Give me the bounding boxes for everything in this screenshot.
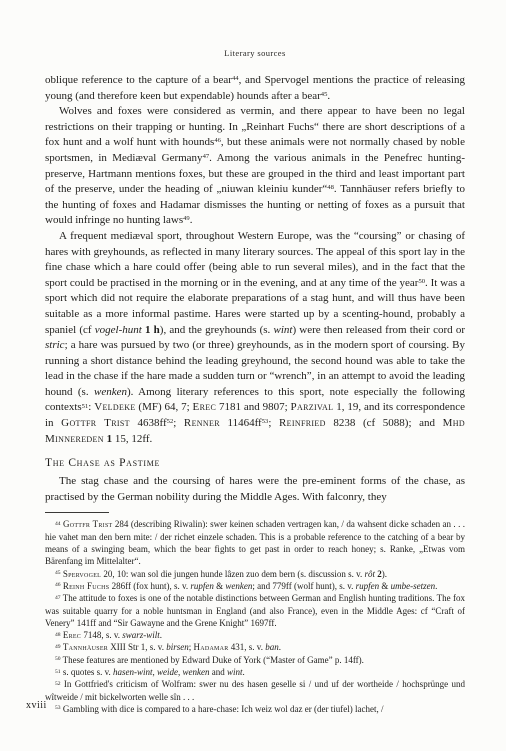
text-segment: 20, 10: wan sol die jungen hunde lâzen z… xyxy=(101,569,364,579)
text-segment: The attitude to foxes is one of the nota… xyxy=(45,593,465,628)
text-segment: Veldeke xyxy=(94,401,135,413)
text-segment: hasen-wint xyxy=(113,667,153,677)
footnote: 47 The attitude to foxes is one of the n… xyxy=(45,592,465,629)
footnote-reference: 44 xyxy=(232,75,239,82)
text-segment: umbe-setzen xyxy=(391,581,436,591)
text-segment: 15, 12ff. xyxy=(112,433,152,445)
text-segment: . xyxy=(279,642,281,652)
paragraph: The stag chase and the coursing of hares… xyxy=(45,474,465,505)
footnote-number: 45 xyxy=(55,570,61,576)
footnote-reference: 48 xyxy=(327,184,334,191)
footnote: 46 Reinh Fuchs 286ff (fox hunt), s. v. r… xyxy=(45,580,465,592)
footnote: 44 Gottfr Trist 284 (describing Riwalin)… xyxy=(45,518,465,567)
text-segment: . xyxy=(435,581,437,591)
footnote-number: 49 xyxy=(55,644,61,650)
footnote-reference: 51 xyxy=(82,403,89,410)
footnote-number: 53 xyxy=(55,705,61,711)
text-segment: . xyxy=(190,214,193,226)
text-segment: XIII Str 1, s. v. xyxy=(108,642,166,652)
text-segment: wenken xyxy=(225,581,252,591)
text-segment: s. quotes s. v. xyxy=(63,667,113,677)
footnote-number: 51 xyxy=(55,669,61,675)
text-segment: 11464ff xyxy=(220,417,262,429)
footnote: 48 Erec 7148, s. v. swarz-wilt. xyxy=(45,629,465,641)
text-segment: Gambling with dice is compared to a hare… xyxy=(63,704,384,714)
text-segment: vogel-hunt xyxy=(95,324,142,336)
text-segment: rôt xyxy=(365,569,376,579)
footnote-reference: 46 xyxy=(214,137,221,144)
text-segment: & xyxy=(214,581,226,591)
text-segment: 7148, s. v. xyxy=(81,630,122,640)
footnote-reference: 50 xyxy=(418,278,425,285)
text-segment: and xyxy=(210,667,228,677)
text-segment: . xyxy=(243,667,245,677)
text-segment: wint xyxy=(273,324,292,336)
footnote: 52 In Gottfried's criticism of Wolfram: … xyxy=(45,678,465,703)
text-segment: ; xyxy=(173,417,184,429)
footnote-reference: 53 xyxy=(262,418,269,425)
text-segment: wenken xyxy=(183,667,210,677)
text-segment: rupfen xyxy=(190,581,214,591)
footnote-reference: 49 xyxy=(183,215,190,222)
text-segment: Reinfried xyxy=(279,417,326,429)
page-content: Literary sources oblique reference to th… xyxy=(45,48,465,715)
text-segment: Erec xyxy=(193,401,217,413)
paragraph: A frequent mediæval sport, throughout We… xyxy=(45,229,465,447)
text-segment: Gottfr Trist xyxy=(61,417,130,429)
footnotes: 44 Gottfr Trist 284 (describing Riwalin)… xyxy=(45,518,465,715)
text-segment: Renner xyxy=(184,417,220,429)
text-segment: & xyxy=(379,581,391,591)
body-text: oblique reference to the capture of a be… xyxy=(45,73,465,447)
footnote: 45 Spervogel 20, 10: wan sol die jungen … xyxy=(45,568,465,580)
text-segment: Gottfr Trist xyxy=(63,519,113,529)
paragraph: oblique reference to the capture of a be… xyxy=(45,73,465,104)
text-segment: These features are mentioned by Edward D… xyxy=(63,655,364,665)
text-segment: oblique reference to the capture of a be… xyxy=(45,74,232,86)
text-segment: . xyxy=(160,630,162,640)
footnote-number: 50 xyxy=(55,656,61,662)
text-segment: Reinh Fuchs xyxy=(63,581,110,591)
footnote-reference: 52 xyxy=(167,418,174,425)
text-segment: (MF) 64, 7; xyxy=(136,401,193,413)
text-segment: The stag chase and the coursing of hares… xyxy=(45,475,465,503)
text-segment: stric xyxy=(45,339,65,351)
section-heading: The Chase as Pastime xyxy=(45,457,465,469)
text-segment: ; xyxy=(268,417,279,429)
text-segment: Tannhäuser xyxy=(63,642,108,652)
text-segment: 286ff (fox hunt), s. v. xyxy=(109,581,190,591)
text-segment: birsen xyxy=(166,642,189,652)
text-segment: 431, s. v. xyxy=(229,642,266,652)
footnote-reference: 47 xyxy=(203,153,210,160)
book-page: Literary sources oblique reference to th… xyxy=(0,0,506,751)
text-segment: 8238 (cf 5088); and xyxy=(326,417,443,429)
section-body-text: The stag chase and the coursing of hares… xyxy=(45,474,465,505)
text-segment: A frequent mediæval sport, throughout We… xyxy=(45,230,465,289)
text-segment: In Gottfried's criticism of Wolfram: swe… xyxy=(45,679,465,701)
paragraph: Wolves and foxes were considered as verm… xyxy=(45,104,465,229)
footnote-number: 48 xyxy=(55,632,61,638)
footnote: 50 These features are mentioned by Edwar… xyxy=(45,654,465,666)
text-segment: rupfen xyxy=(356,581,380,591)
text-segment: wenken xyxy=(94,386,127,398)
page-number: xviii xyxy=(26,700,47,711)
text-segment: Erec xyxy=(63,630,81,640)
footnote-number: 52 xyxy=(55,681,61,687)
text-segment: ban xyxy=(265,642,279,652)
footnote: 53 Gambling with dice is compared to a h… xyxy=(45,703,465,715)
running-header: Literary sources xyxy=(45,48,465,58)
text-segment: Hadamar xyxy=(193,642,228,652)
text-segment: 7181 and 9807; xyxy=(216,401,290,413)
footnote-number: 46 xyxy=(55,582,61,588)
text-segment: 1 h xyxy=(145,324,160,336)
text-segment: ) were then released from their cord or xyxy=(292,324,465,336)
text-segment: ). xyxy=(382,569,387,579)
text-segment: weide xyxy=(157,667,178,677)
text-segment: swarz-wilt xyxy=(122,630,160,640)
footnote-number: 47 xyxy=(55,595,61,601)
text-segment: Parzival xyxy=(291,401,334,413)
text-segment: wint xyxy=(227,667,243,677)
text-segment: 4638ff xyxy=(130,417,167,429)
text-segment: Spervogel xyxy=(63,569,101,579)
footnote-separator xyxy=(45,512,109,513)
text-segment: . xyxy=(327,90,330,102)
footnote-reference: 45 xyxy=(321,91,328,98)
footnote: 49 Tannhäuser XIII Str 1, s. v. birsen; … xyxy=(45,641,465,653)
text-segment: ; and 779ff (wolf hunt), s. v. xyxy=(252,581,355,591)
text-segment: ), and the greyhounds (s. xyxy=(160,324,274,336)
footnote: 51 s. quotes s. v. hasen-wint, weide, we… xyxy=(45,666,465,678)
footnote-number: 44 xyxy=(55,521,61,527)
